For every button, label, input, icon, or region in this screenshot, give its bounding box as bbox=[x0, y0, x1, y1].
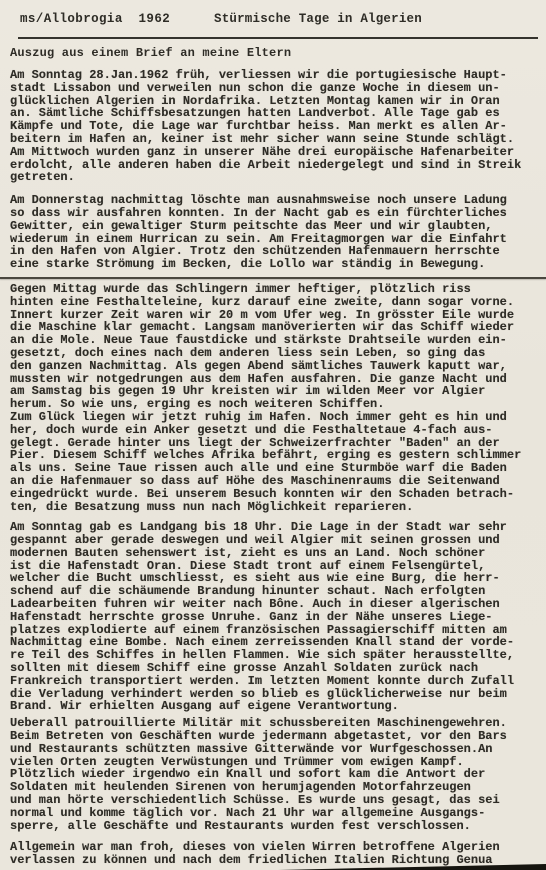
masthead-divider bbox=[18, 37, 538, 39]
page-seam-line bbox=[0, 277, 546, 279]
page-title: Stürmische Tage in Algerien bbox=[214, 12, 422, 26]
subtitle: Auszug aus einem Brief an meine Eltern bbox=[10, 46, 291, 60]
paragraph-5: Ueberall patrouillierte Militär mit schu… bbox=[10, 717, 544, 832]
masthead: ms/Allobrogia 1962 Stürmische Tage in Al… bbox=[0, 0, 546, 36]
paragraph-2: Am Donnerstag nachmittag löschte man aus… bbox=[10, 194, 544, 271]
scanned-letter-page: ms/Allobrogia 1962 Stürmische Tage in Al… bbox=[0, 0, 546, 870]
paragraph-4: Am Sonntag gab es Landgang bis 18 Uhr. D… bbox=[10, 521, 544, 713]
ship-year-label: ms/Allobrogia 1962 bbox=[20, 12, 170, 26]
letter-body: Am Sonntag 28.Jan.1962 früh, verliessen … bbox=[10, 69, 544, 867]
paragraph-6: Allgemein war man froh, dieses von viele… bbox=[10, 841, 544, 867]
paragraph-1: Am Sonntag 28.Jan.1962 früh, verliessen … bbox=[10, 69, 544, 184]
paragraph-3: Gegen Mittag wurde das Schlingern immer … bbox=[10, 283, 544, 513]
